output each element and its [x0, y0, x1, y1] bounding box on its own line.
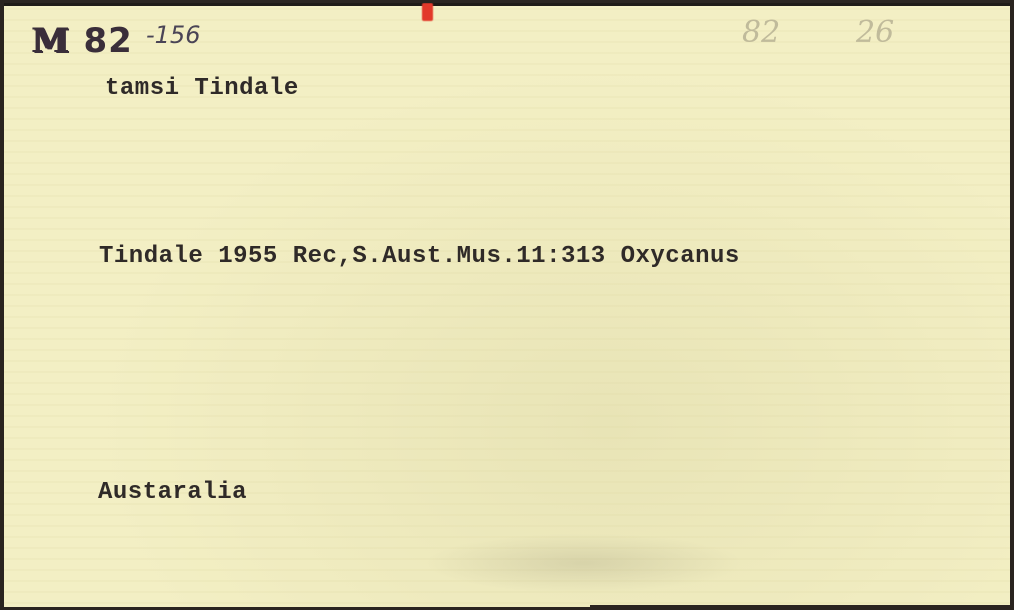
bibliographic-reference: Tindale 1955 Rec,S.Aust.Mus.11:313 Oxyca… [99, 243, 740, 270]
red-marker-tab [422, 3, 433, 21]
pencil-note-right: 26 [856, 15, 894, 50]
species-name: tamsi Tindale [105, 75, 299, 102]
pencil-note-left: 82 [742, 15, 780, 50]
card-top-edge [4, 3, 1010, 6]
card-right-edge [1010, 0, 1014, 610]
index-card: M 82 -156 82 26 tamsi Tindale Tindale 19… [4, 3, 1010, 607]
stamp-prefix: M [32, 21, 71, 61]
stamp-number: 82 [83, 21, 132, 61]
catalog-stamp: M 82 [32, 21, 133, 61]
smudge-mark [424, 533, 744, 593]
card-bottom-edge [590, 605, 1014, 610]
locality: Austaralia [98, 479, 247, 506]
handwritten-suffix: -156 [146, 21, 200, 49]
